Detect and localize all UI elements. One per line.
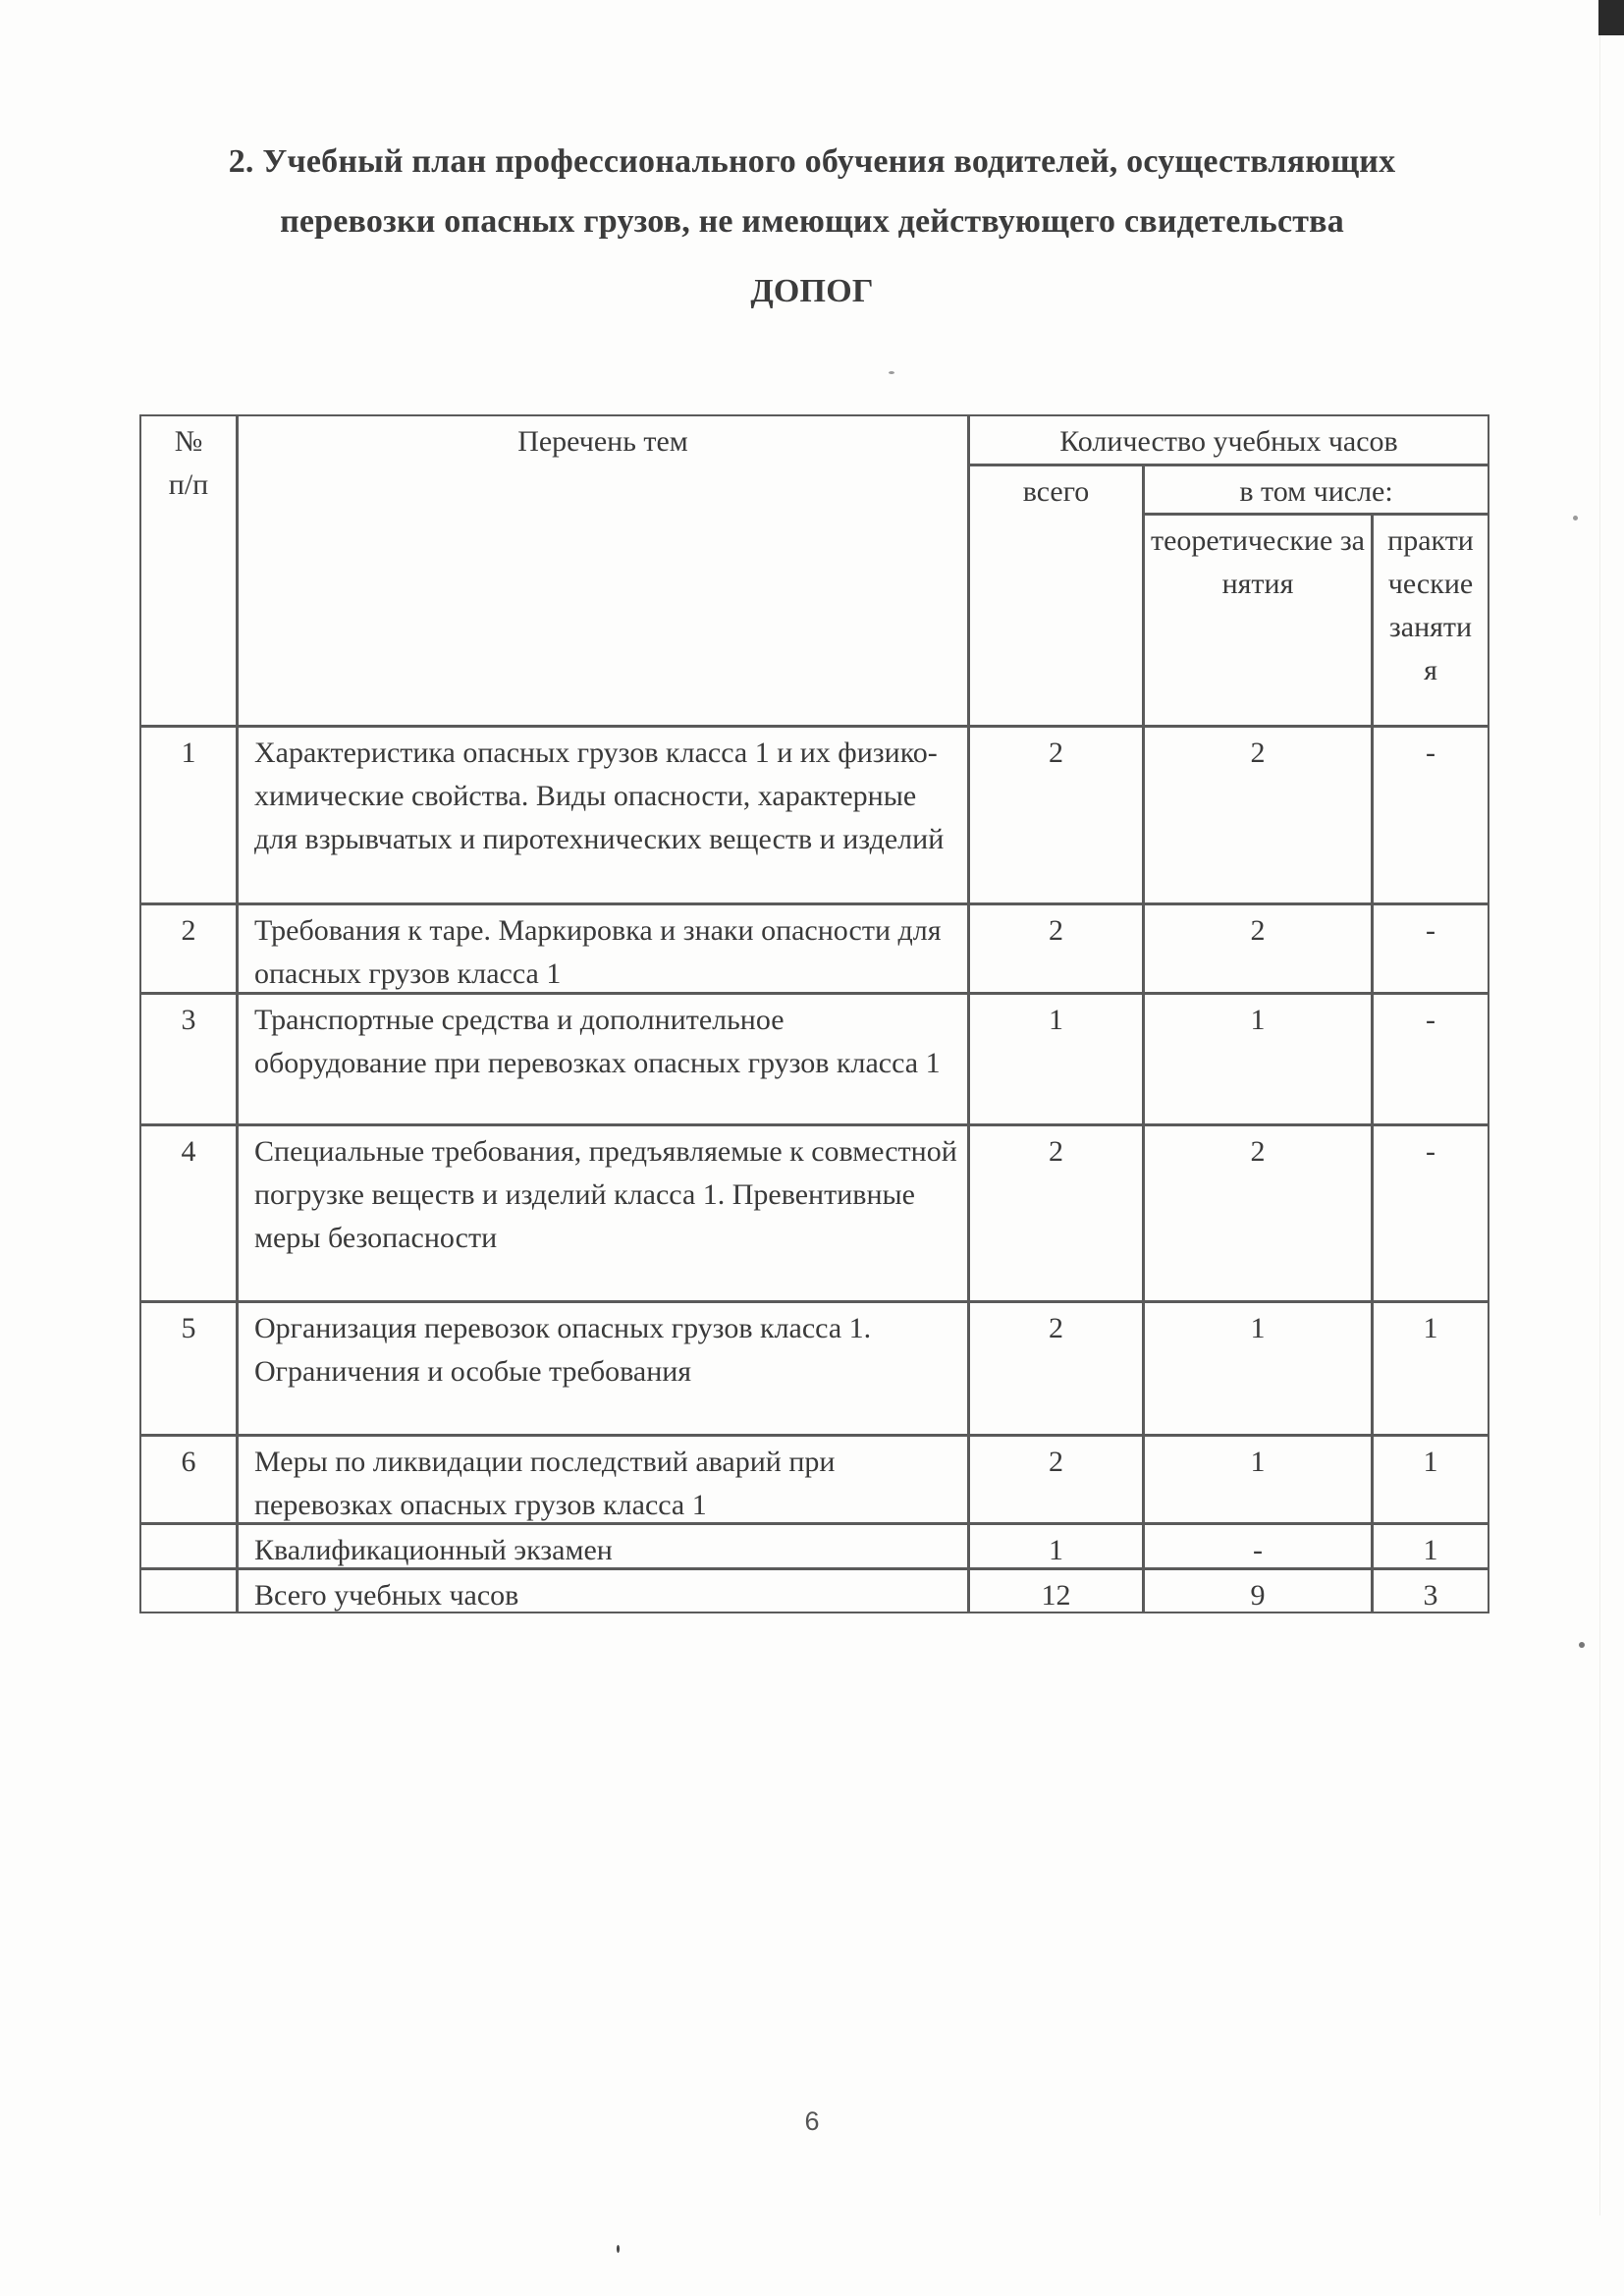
- table-cell-theory: 2: [1143, 903, 1373, 994]
- table-cell-total: 2: [968, 726, 1144, 904]
- header-number: № п/п: [139, 414, 238, 727]
- table-cell-theory: 9: [1143, 1568, 1373, 1613]
- header-number-text: № п/п: [159, 420, 218, 507]
- header-practical: практические занятия: [1372, 514, 1489, 727]
- page-title-line-1: 2. Учебный план профессионального обучен…: [0, 143, 1624, 181]
- table-cell-topic: Квалификационный экзамен: [237, 1523, 969, 1569]
- scan-speck: [1579, 1642, 1585, 1648]
- header-including: в том числе:: [1143, 465, 1489, 515]
- table-cell-topic: Всего учебных часов: [237, 1568, 969, 1613]
- header-hours-group: Количество учебных часов: [968, 414, 1489, 465]
- table-cell-practice: -: [1372, 903, 1489, 994]
- table-cell-practice: -: [1372, 1124, 1489, 1302]
- table-cell-topic: Требования к таре. Маркировка и знаки оп…: [237, 903, 969, 994]
- table-cell-num: [139, 1523, 238, 1569]
- table-cell-total: 1: [968, 993, 1144, 1125]
- table-cell-practice: -: [1372, 993, 1489, 1125]
- table-cell-num: 3: [139, 993, 238, 1125]
- table-cell-topic: Организация перевозок опасных грузов кла…: [237, 1301, 969, 1436]
- scan-speck: [617, 2245, 620, 2253]
- table-cell-theory: 1: [1143, 993, 1373, 1125]
- table-cell-total: 12: [968, 1568, 1144, 1613]
- table-cell-practice: 3: [1372, 1568, 1489, 1613]
- table-cell-total: 2: [968, 1435, 1144, 1524]
- table-cell-num: 2: [139, 903, 238, 994]
- header-total: всего: [968, 465, 1144, 727]
- scan-speck: [889, 371, 894, 374]
- table-cell-practice: 1: [1372, 1301, 1489, 1436]
- page-title-line-2: перевозки опасных грузов, не имеющих дей…: [0, 203, 1624, 241]
- table-cell-practice: 1: [1372, 1435, 1489, 1524]
- table-cell-topic: Меры по ликвидации последствий аварий пр…: [237, 1435, 969, 1524]
- table-cell-num: 6: [139, 1435, 238, 1524]
- table-cell-theory: 2: [1143, 1124, 1373, 1302]
- table-cell-theory: 2: [1143, 726, 1373, 904]
- scan-artifact-edge: [1599, 35, 1600, 2215]
- table-cell-total: 2: [968, 903, 1144, 994]
- table-cell-practice: -: [1372, 726, 1489, 904]
- header-theoretical: теоретические занятия: [1143, 514, 1373, 727]
- table-cell-total: 1: [968, 1523, 1144, 1569]
- page-title-line-3: ДОПОГ: [0, 273, 1624, 310]
- scan-speck: [1573, 516, 1578, 520]
- table-cell-total: 2: [968, 1301, 1144, 1436]
- table-cell-total: 2: [968, 1124, 1144, 1302]
- curriculum-table: № п/п Перечень тем Количество учебных ча…: [140, 415, 1489, 1613]
- table-cell-topic: Специальные требования, предъявляемые к …: [237, 1124, 969, 1302]
- header-topics: Перечень тем: [237, 414, 969, 727]
- table-cell-num: 1: [139, 726, 238, 904]
- table-cell-topic: Транспортные средства и дополнительное о…: [237, 993, 969, 1125]
- table-cell-num: [139, 1568, 238, 1613]
- table-cell-theory: 1: [1143, 1435, 1373, 1524]
- table-cell-practice: 1: [1372, 1523, 1489, 1569]
- scan-artifact-corner: [1598, 0, 1624, 35]
- table-cell-theory: -: [1143, 1523, 1373, 1569]
- table-cell-num: 5: [139, 1301, 238, 1436]
- page-number: 6: [0, 2106, 1624, 2137]
- table-cell-theory: 1: [1143, 1301, 1373, 1436]
- table-cell-num: 4: [139, 1124, 238, 1302]
- table-cell-topic: Характеристика опасных грузов класса 1 и…: [237, 726, 969, 904]
